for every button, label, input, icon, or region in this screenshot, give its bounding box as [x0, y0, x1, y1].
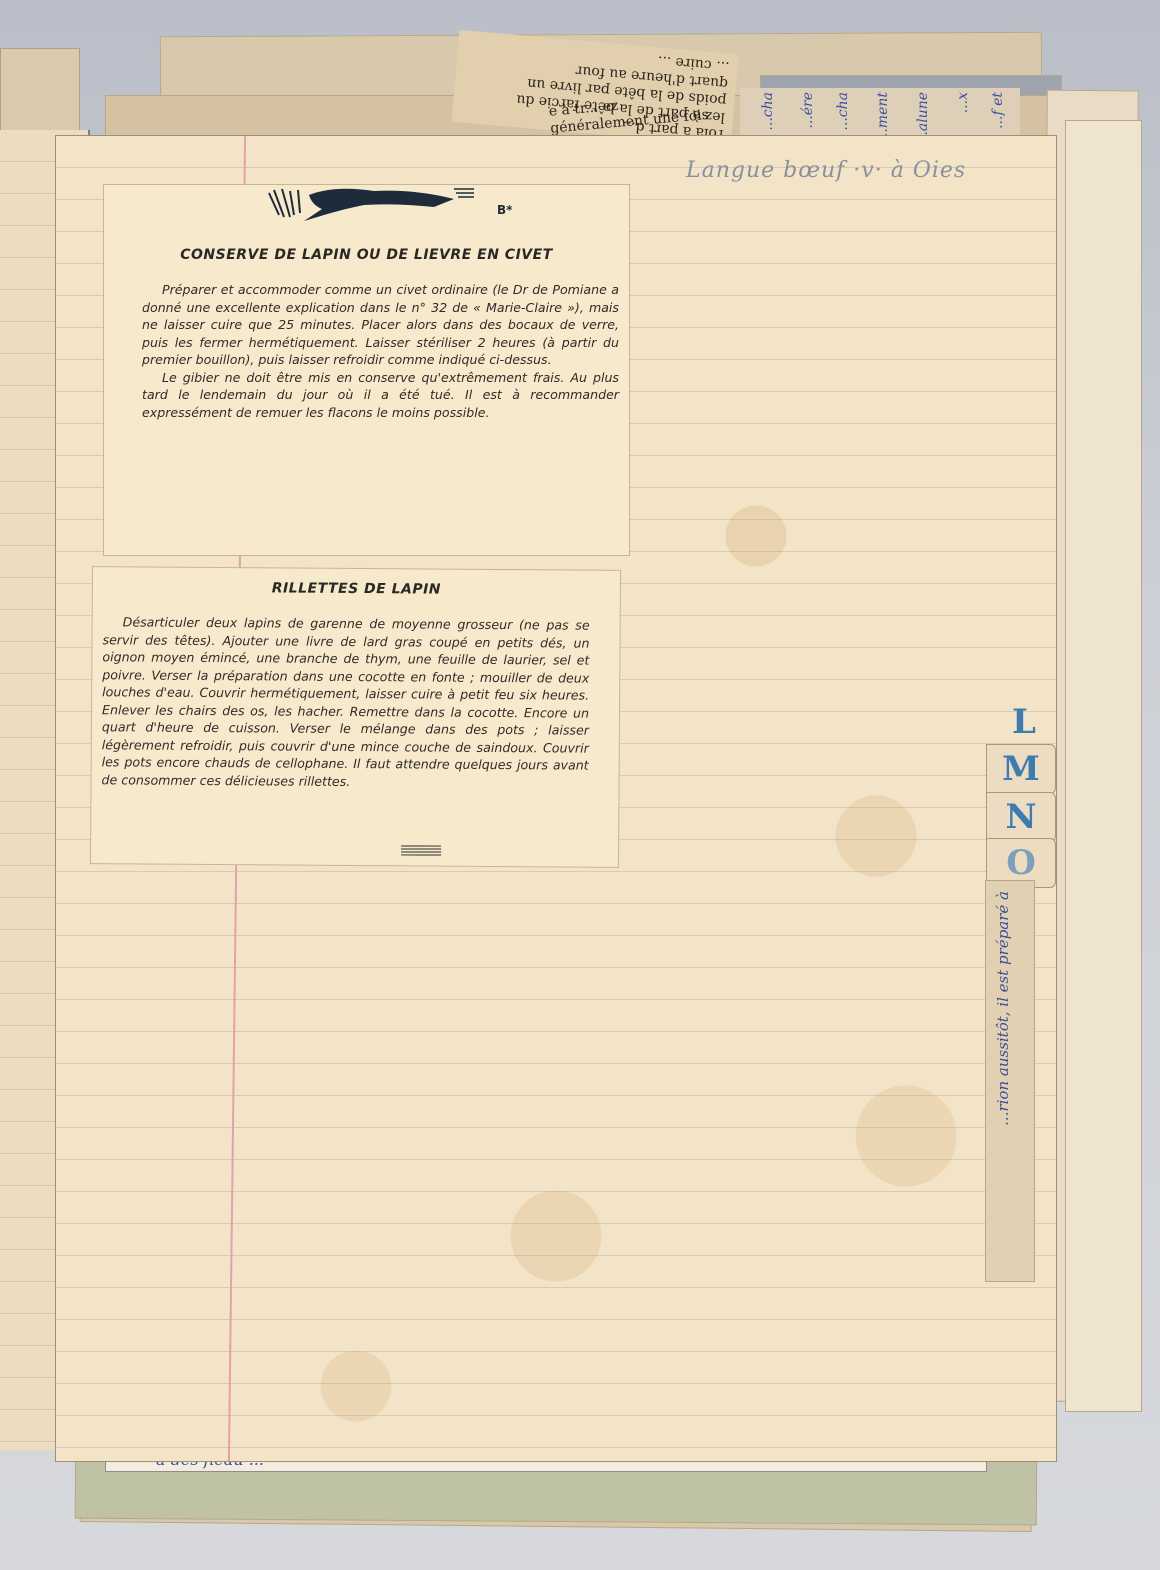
illustrator-signature: B* [497, 203, 512, 217]
tab-handwriting: ...cha [835, 92, 851, 131]
back-paper-right-2 [1065, 120, 1142, 1412]
side-strip-text: ...rion aussitôt, il est préparé à [994, 891, 1012, 1126]
index-tab-m[interactable]: M [986, 744, 1056, 794]
recipe-paragraph: Désarticuler deux lapins de garenne de m… [101, 613, 589, 791]
left-page-top-scrap [0, 48, 80, 136]
tab-handwriting: ...f et [990, 92, 1006, 129]
clipping-rillettes-lapin: RILLETTES DE LAPIN Désarticuler deux lap… [90, 566, 621, 868]
pencil-header-note: Langue bœuf ·v· à Oies [686, 158, 966, 183]
side-handwritten-strip: ...rion aussitôt, il est préparé à [985, 880, 1035, 1282]
tab-handwriting: ...cha [760, 92, 776, 131]
ornament-icon [401, 845, 441, 855]
running-hare-icon [264, 185, 474, 223]
tab-handwriting: ...x [955, 92, 971, 113]
index-tab-n[interactable]: N [986, 792, 1056, 842]
tab-handwriting: ...ére [800, 92, 816, 129]
recipe-title: CONSERVE DE LAPIN OU DE LIEVRE EN CIVET [104, 247, 629, 263]
clipping-conserve-lapin: B* CONSERVE DE LAPIN OU DE LIEVRE EN CIV… [103, 184, 630, 556]
recipe-paragraph: Préparer et accommoder comme un civet or… [142, 281, 619, 369]
notebook-page: Langue bœuf ·v· à Oies B* CONSERVE DE LA… [55, 135, 1057, 1462]
index-tab-l[interactable]: L [990, 698, 1058, 746]
recipe-paragraph: Le gibier ne doit être mis en conserve q… [142, 369, 619, 422]
